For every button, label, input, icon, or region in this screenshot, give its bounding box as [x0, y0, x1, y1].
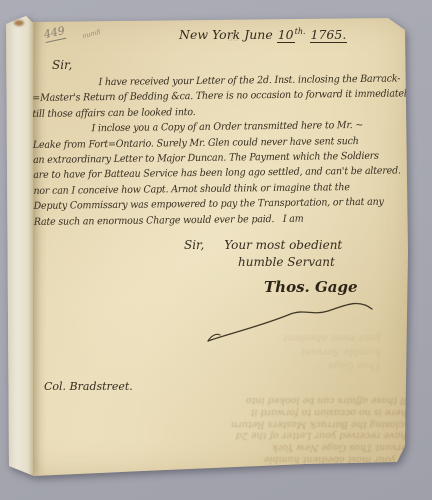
dateline-day-suffix: th.	[295, 27, 306, 36]
closing-line-1: Sir,Your most obedient	[184, 238, 342, 252]
signature: Thos. Gage	[264, 278, 358, 296]
rust-stain	[14, 20, 24, 26]
closing-line-2: humble Servant	[238, 255, 335, 269]
closing-sir: Sir,	[184, 238, 204, 252]
pencil-catalog-number: 449	[43, 24, 67, 43]
showthrough-line: There is no occasion to forward it	[121, 406, 413, 418]
showthrough-line: I have received your Letter of the 2d	[121, 429, 413, 441]
letter-sheet-wrapper: 449 num8 06 New York June 10th. 1765. Si…	[6, 12, 416, 480]
dateline: New York June 10th. 1765.	[179, 27, 347, 42]
showthrough-line: till those affairs can be looked into	[121, 394, 413, 406]
ink-showthrough-block: Sir your most obedient humble Servant Th…	[121, 394, 413, 465]
letter-body: I have received your Letter of the 2d. I…	[32, 71, 420, 230]
showthrough-line: your most obedient	[196, 330, 381, 344]
closing-obedient: Your most obedient	[224, 238, 342, 252]
dateline-place-month: New York June	[179, 27, 277, 42]
letter-photograph: 449 num8 06 New York June 10th. 1765. Si…	[0, 0, 432, 500]
showthrough-line: Thos Gage	[196, 358, 381, 372]
dateline-year: 1765.	[310, 27, 348, 43]
folded-left-edge	[6, 12, 34, 480]
body-line: Rate such an enormous Charge would ever …	[34, 210, 401, 230]
ink-showthrough-faint: Thos Gage humble Servant your most obedi…	[196, 330, 381, 372]
dateline-day: 10	[277, 27, 295, 43]
salutation: Sir,	[52, 58, 72, 72]
pencil-annotation: num8	[81, 28, 101, 40]
showthrough-line: humble Servant	[196, 344, 381, 358]
addressee: Col. Bradstreet.	[44, 380, 133, 393]
showthrough-line: Servant Thos Gage New York	[121, 441, 413, 453]
letter-sheet: 449 num8 06 New York June 10th. 1765. Si…	[6, 12, 416, 480]
showthrough-line: inclosing the Barrack Masters Return	[121, 418, 413, 430]
showthrough-line: Sir your most obedient humble	[121, 453, 413, 465]
